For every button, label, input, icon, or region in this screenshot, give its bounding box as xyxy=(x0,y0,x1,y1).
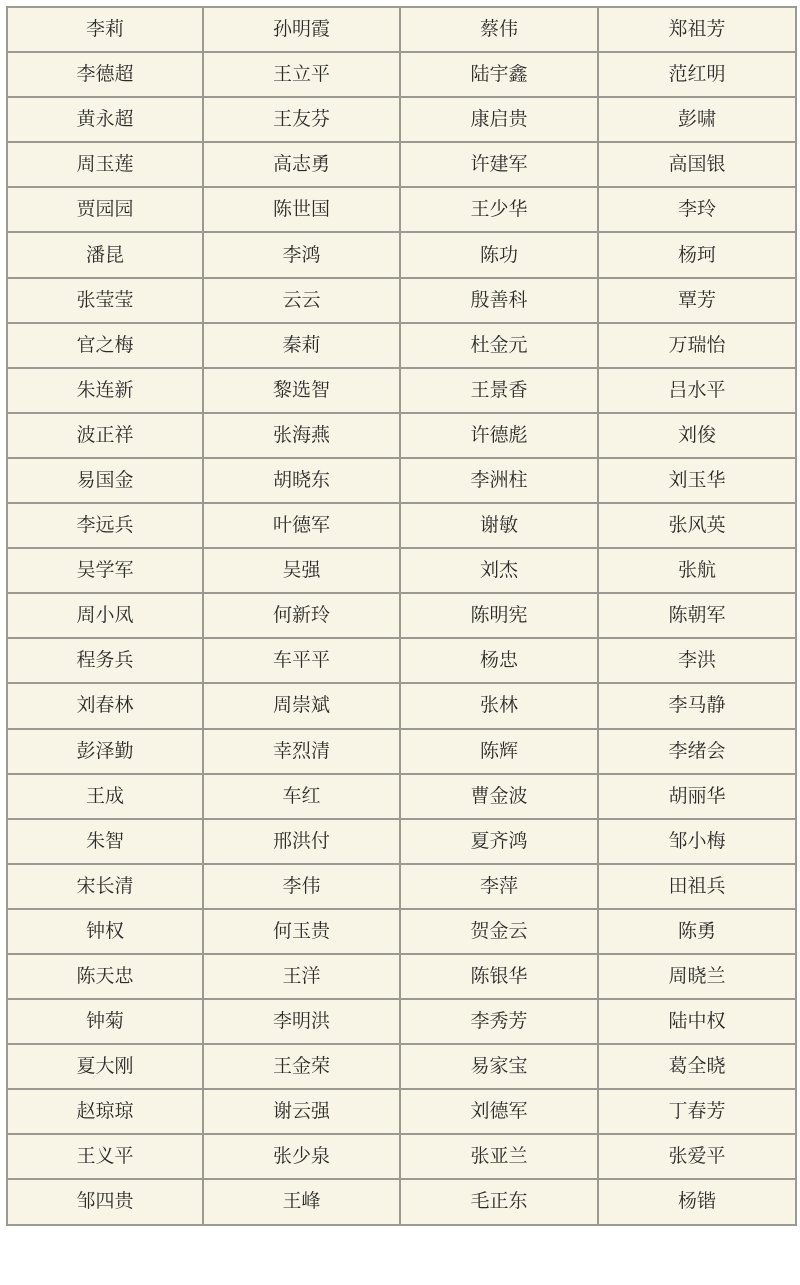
name-cell: 李洲柱 xyxy=(400,458,598,503)
table-row: 邹四贵王峰毛正东杨锴 xyxy=(7,1179,796,1224)
name-cell: 李玲 xyxy=(598,187,796,232)
table-row: 官之梅秦莉杜金元万瑞怡 xyxy=(7,323,796,368)
table-row: 张莹莹云云殷善科覃芳 xyxy=(7,278,796,323)
name-cell: 范红明 xyxy=(598,52,796,97)
name-cell: 胡丽华 xyxy=(598,774,796,819)
name-cell: 张风英 xyxy=(598,503,796,548)
name-cell: 幸烈清 xyxy=(203,729,400,774)
name-cell: 波正祥 xyxy=(7,413,203,458)
name-cell: 贾园园 xyxy=(7,187,203,232)
name-cell: 朱智 xyxy=(7,819,203,864)
table-row: 钟权何玉贵贺金云陈勇 xyxy=(7,909,796,954)
name-cell: 杜金元 xyxy=(400,323,598,368)
name-cell: 李鸿 xyxy=(203,232,400,277)
name-cell: 谢云强 xyxy=(203,1089,400,1134)
table-row: 彭泽勤幸烈清陈辉李绪会 xyxy=(7,729,796,774)
name-cell: 杨忠 xyxy=(400,638,598,683)
table-row: 王义平张少泉张亚兰张爱平 xyxy=(7,1134,796,1179)
name-cell: 蔡伟 xyxy=(400,7,598,52)
table-row: 钟菊李明洪李秀芳陆中权 xyxy=(7,999,796,1044)
name-cell: 邹四贵 xyxy=(7,1179,203,1224)
name-cell: 车红 xyxy=(203,774,400,819)
name-cell: 何玉贵 xyxy=(203,909,400,954)
name-cell: 易家宝 xyxy=(400,1044,598,1089)
table-row: 波正祥张海燕许德彪刘俊 xyxy=(7,413,796,458)
name-cell: 李马静 xyxy=(598,683,796,728)
name-cell: 邢洪付 xyxy=(203,819,400,864)
table-row: 贾园园陈世国王少华李玲 xyxy=(7,187,796,232)
table-row: 周小凤何新玲陈明宪陈朝军 xyxy=(7,593,796,638)
name-cell: 曹金波 xyxy=(400,774,598,819)
name-cell: 万瑞怡 xyxy=(598,323,796,368)
name-cell: 李德超 xyxy=(7,52,203,97)
name-cell: 杨锴 xyxy=(598,1179,796,1224)
name-cell: 葛全晓 xyxy=(598,1044,796,1089)
table-row: 周玉莲高志勇许建军高国银 xyxy=(7,142,796,187)
name-cell: 张少泉 xyxy=(203,1134,400,1179)
name-cell: 杨珂 xyxy=(598,232,796,277)
name-cell: 殷善科 xyxy=(400,278,598,323)
name-cell: 周崇斌 xyxy=(203,683,400,728)
name-cell: 程务兵 xyxy=(7,638,203,683)
name-cell: 何新玲 xyxy=(203,593,400,638)
name-cell: 张海燕 xyxy=(203,413,400,458)
name-cell: 易国金 xyxy=(7,458,203,503)
name-cell: 黄永超 xyxy=(7,97,203,142)
name-cell: 谢敏 xyxy=(400,503,598,548)
name-cell: 王峰 xyxy=(203,1179,400,1224)
name-cell: 陈银华 xyxy=(400,954,598,999)
name-cell: 李远兵 xyxy=(7,503,203,548)
name-cell: 刘春林 xyxy=(7,683,203,728)
name-cell: 李莉 xyxy=(7,7,203,52)
name-cell: 钟菊 xyxy=(7,999,203,1044)
name-cell: 陆宇鑫 xyxy=(400,52,598,97)
name-cell: 周晓兰 xyxy=(598,954,796,999)
table-row: 朱连新黎选智王景香吕水平 xyxy=(7,368,796,413)
name-cell: 李秀芳 xyxy=(400,999,598,1044)
name-cell: 官之梅 xyxy=(7,323,203,368)
name-cell: 陈朝军 xyxy=(598,593,796,638)
name-cell: 胡晓东 xyxy=(203,458,400,503)
table-row: 吴学军吴强刘杰张航 xyxy=(7,548,796,593)
name-cell: 李洪 xyxy=(598,638,796,683)
name-cell: 刘德军 xyxy=(400,1089,598,1134)
name-cell: 毛正东 xyxy=(400,1179,598,1224)
name-cell: 王金荣 xyxy=(203,1044,400,1089)
name-cell: 周玉莲 xyxy=(7,142,203,187)
table-row: 朱智邢洪付夏齐鸿邹小梅 xyxy=(7,819,796,864)
name-cell: 张林 xyxy=(400,683,598,728)
name-cell: 潘昆 xyxy=(7,232,203,277)
name-cell: 许建军 xyxy=(400,142,598,187)
name-cell: 王立平 xyxy=(203,52,400,97)
name-cell: 李绪会 xyxy=(598,729,796,774)
name-cell: 丁春芳 xyxy=(598,1089,796,1134)
table-row: 易国金胡晓东李洲柱刘玉华 xyxy=(7,458,796,503)
name-cell: 王洋 xyxy=(203,954,400,999)
name-cell: 陈勇 xyxy=(598,909,796,954)
table-row: 程务兵车平平杨忠李洪 xyxy=(7,638,796,683)
name-cell: 周小凤 xyxy=(7,593,203,638)
name-cell: 孙明霞 xyxy=(203,7,400,52)
table-row: 赵琼琼谢云强刘德军丁春芳 xyxy=(7,1089,796,1134)
name-cell: 彭啸 xyxy=(598,97,796,142)
name-cell: 王景香 xyxy=(400,368,598,413)
name-cell: 王义平 xyxy=(7,1134,203,1179)
table-row: 李莉孙明霞蔡伟郑祖芳 xyxy=(7,7,796,52)
name-cell: 吴强 xyxy=(203,548,400,593)
name-cell: 陈明宪 xyxy=(400,593,598,638)
name-cell: 陆中权 xyxy=(598,999,796,1044)
table-row: 李德超王立平陆宇鑫范红明 xyxy=(7,52,796,97)
name-cell: 叶德军 xyxy=(203,503,400,548)
name-cell: 秦莉 xyxy=(203,323,400,368)
name-cell: 夏齐鸿 xyxy=(400,819,598,864)
name-cell: 田祖兵 xyxy=(598,864,796,909)
name-cell: 陈天忠 xyxy=(7,954,203,999)
name-cell: 宋长清 xyxy=(7,864,203,909)
name-cell: 陈世国 xyxy=(203,187,400,232)
name-cell: 钟权 xyxy=(7,909,203,954)
name-cell: 刘俊 xyxy=(598,413,796,458)
name-cell: 张航 xyxy=(598,548,796,593)
name-cell: 王少华 xyxy=(400,187,598,232)
table-row: 陈天忠王洋陈银华周晓兰 xyxy=(7,954,796,999)
name-cell: 邹小梅 xyxy=(598,819,796,864)
name-cell: 陈功 xyxy=(400,232,598,277)
name-cell: 张莹莹 xyxy=(7,278,203,323)
name-cell: 贺金云 xyxy=(400,909,598,954)
name-cell: 郑祖芳 xyxy=(598,7,796,52)
name-cell: 黎选智 xyxy=(203,368,400,413)
table-row: 宋长清李伟李萍田祖兵 xyxy=(7,864,796,909)
name-cell: 夏大刚 xyxy=(7,1044,203,1089)
name-cell: 刘玉华 xyxy=(598,458,796,503)
table-row: 潘昆李鸿陈功杨珂 xyxy=(7,232,796,277)
table-row: 夏大刚王金荣易家宝葛全晓 xyxy=(7,1044,796,1089)
name-cell: 赵琼琼 xyxy=(7,1089,203,1134)
name-cell: 车平平 xyxy=(203,638,400,683)
name-cell: 张爱平 xyxy=(598,1134,796,1179)
names-table-body: 李莉孙明霞蔡伟郑祖芳李德超王立平陆宇鑫范红明黄永超王友芬康启贵彭啸周玉莲高志勇许… xyxy=(7,7,796,1225)
table-row: 李远兵叶德军谢敏张风英 xyxy=(7,503,796,548)
name-cell: 云云 xyxy=(203,278,400,323)
table-row: 王成车红曹金波胡丽华 xyxy=(7,774,796,819)
names-table-container: 李莉孙明霞蔡伟郑祖芳李德超王立平陆宇鑫范红明黄永超王友芬康启贵彭啸周玉莲高志勇许… xyxy=(6,6,795,1226)
name-cell: 吕水平 xyxy=(598,368,796,413)
table-row: 刘春林周崇斌张林李马静 xyxy=(7,683,796,728)
name-cell: 李萍 xyxy=(400,864,598,909)
name-cell: 高国银 xyxy=(598,142,796,187)
name-cell: 李伟 xyxy=(203,864,400,909)
name-cell: 张亚兰 xyxy=(400,1134,598,1179)
name-cell: 覃芳 xyxy=(598,278,796,323)
name-cell: 朱连新 xyxy=(7,368,203,413)
name-cell: 许德彪 xyxy=(400,413,598,458)
name-cell: 王成 xyxy=(7,774,203,819)
name-cell: 彭泽勤 xyxy=(7,729,203,774)
name-cell: 刘杰 xyxy=(400,548,598,593)
name-cell: 吴学军 xyxy=(7,548,203,593)
name-cell: 王友芬 xyxy=(203,97,400,142)
name-cell: 李明洪 xyxy=(203,999,400,1044)
name-cell: 高志勇 xyxy=(203,142,400,187)
names-table: 李莉孙明霞蔡伟郑祖芳李德超王立平陆宇鑫范红明黄永超王友芬康启贵彭啸周玉莲高志勇许… xyxy=(6,6,797,1226)
table-row: 黄永超王友芬康启贵彭啸 xyxy=(7,97,796,142)
name-cell: 陈辉 xyxy=(400,729,598,774)
name-cell: 康启贵 xyxy=(400,97,598,142)
